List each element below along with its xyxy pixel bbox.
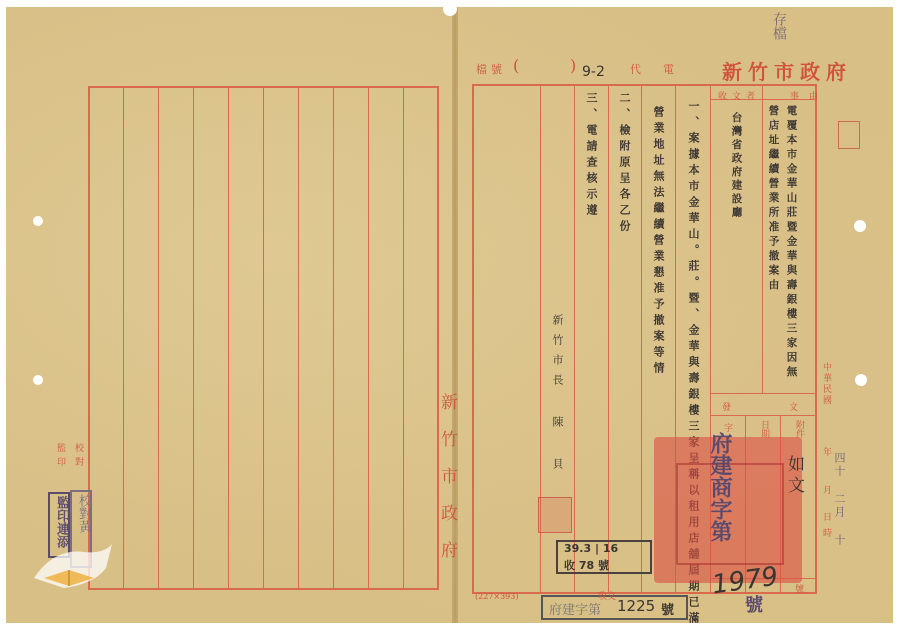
table-rule <box>710 393 816 394</box>
receipt-stamp-line1: 39.3 | 16 <box>564 542 618 555</box>
left-vertical-title: 新竹市政府 <box>438 393 455 578</box>
recipient-label: 收文者 <box>718 89 760 102</box>
column-rule <box>228 86 229 590</box>
bottom-stamp-number: 1225 <box>617 597 655 615</box>
frame-left <box>472 84 474 594</box>
body-item-2: 二、檢附原呈各乙份 <box>619 92 630 236</box>
punch-hole <box>33 375 43 385</box>
column-rule <box>263 86 264 590</box>
receipt-stamp-line2: 收 78 號 <box>564 557 609 573</box>
handwritten-date: 四十 二月 十 <box>834 452 845 547</box>
file-number-label: 檔號 <box>476 61 506 77</box>
paper-size-note: (227×393) <box>475 592 518 601</box>
letterhead: 新竹市政府 <box>722 56 852 85</box>
attachment-label: 附件 <box>794 420 803 438</box>
recipient-text: 台灣省政府建設廳 <box>731 112 742 220</box>
month-label: 月 <box>821 485 830 494</box>
bottom-stamp-suffix: 號 <box>661 599 674 618</box>
doc-number-suffix: 號 <box>745 591 763 617</box>
archive-logo-icon <box>24 538 116 596</box>
bottom-stamp-prefix: 府建字第 <box>549 599 601 618</box>
mayor-seal <box>538 497 572 533</box>
column-rule <box>608 84 609 594</box>
column-rule <box>641 84 642 594</box>
column-rule <box>298 86 299 590</box>
handwritten-note: 存檔 <box>772 12 786 40</box>
punch-hole <box>33 216 43 226</box>
column-rule <box>158 86 159 590</box>
column-rule <box>193 86 194 590</box>
file-number-open: ( <box>513 56 519 75</box>
file-number-close: ) <box>570 56 576 75</box>
doc-character: 府建商字第 <box>709 432 731 542</box>
era-label: 中華民國 <box>821 362 830 406</box>
proofread-label: 校對 <box>73 443 82 471</box>
small-red-seal <box>838 121 860 149</box>
column-rule <box>333 86 334 590</box>
send-label: 發文 <box>722 400 856 413</box>
subject-text-cont: 營店址繼續營業所准予撤案由 <box>768 105 779 294</box>
body-item-1-cont: 營業地址無法繼續營業懇准予撤案等情 <box>653 106 664 378</box>
column-rule <box>123 86 124 590</box>
table-rule <box>762 84 763 394</box>
received-label: 收文 <box>598 589 616 602</box>
column-rule <box>403 86 404 590</box>
signature: 新竹市長 陳 貝 <box>552 314 563 478</box>
column-rule <box>574 84 575 594</box>
attachment-text: 如文 <box>785 455 802 497</box>
year-label: 年 <box>821 447 830 456</box>
table-rule <box>710 415 816 416</box>
date-label: 日期 <box>759 420 768 438</box>
punch-hole <box>443 2 457 16</box>
punch-hole <box>855 374 867 386</box>
letterhead-suffix: 代電 <box>630 61 696 77</box>
subject-text: 電覆本市金華山莊暨金華與壽銀樓三家因無 <box>786 105 797 381</box>
supervise-label: 監印 <box>55 443 64 471</box>
punch-hole <box>854 220 866 232</box>
file-number-handwritten: 9-2 <box>582 64 605 80</box>
time-label: 時 <box>821 528 830 540</box>
frame-top <box>472 84 816 86</box>
number-label: 號 <box>795 582 804 595</box>
receipt-stamp: 39.3 | 16 收 78 號 <box>556 540 652 574</box>
day-label: 日 <box>821 512 830 521</box>
column-rule <box>368 86 369 590</box>
body-item-3: 三、電請查核示遵 <box>586 92 597 220</box>
frame-right <box>815 84 817 594</box>
subject-label: 事由 <box>790 89 828 102</box>
